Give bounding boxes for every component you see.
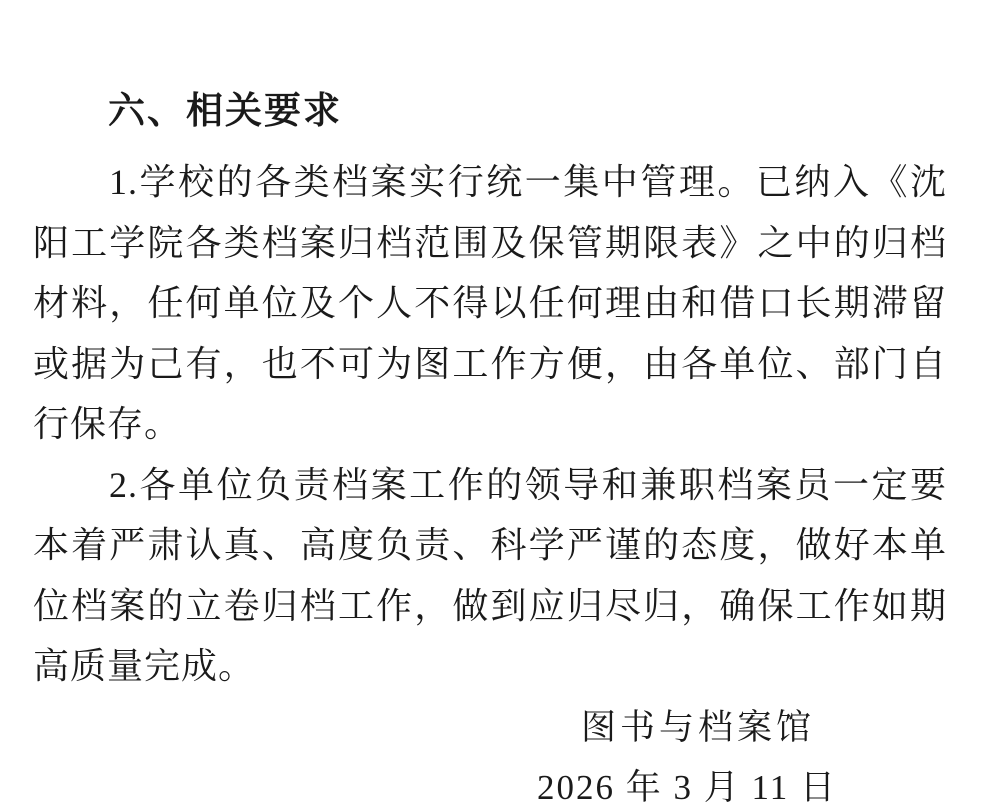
signature-organization: 图书与档案馆	[581, 700, 815, 750]
document-page: 六、相关要求 1.学校的各类档案实行统一集中管理。已纳入《沈阳工学院各类档案归档…	[0, 0, 982, 807]
document-body: 1.学校的各类档案实行统一集中管理。已纳入《沈阳工学院各类档案归档范围及保管期限…	[33, 152, 947, 697]
paragraph-2: 2.各单位负责档案工作的领导和兼职档案员一定要本着严肃认真、高度负责、科学严谨的…	[33, 455, 947, 697]
signature-date: 2026 年 3 月 11 日	[537, 760, 837, 807]
paragraph-1: 1.学校的各类档案实行统一集中管理。已纳入《沈阳工学院各类档案归档范围及保管期限…	[33, 152, 947, 455]
section-heading: 六、相关要求	[108, 80, 342, 134]
